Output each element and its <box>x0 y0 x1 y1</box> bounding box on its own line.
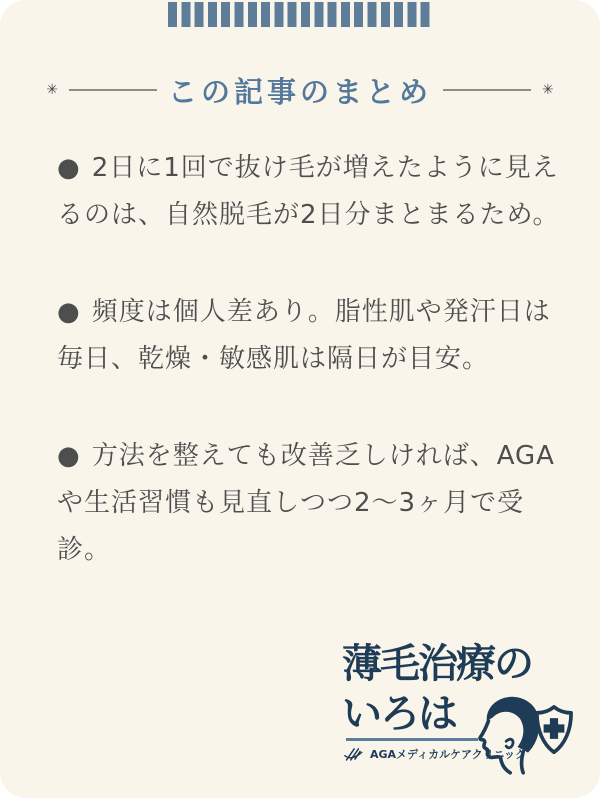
title-divider-left <box>69 89 157 91</box>
summary-item-text: 2日に1回で抜け毛が増えたように見え るのは、自然脱毛が2日分まとまるため。 <box>57 153 560 230</box>
summary-item-text: 頻度は個人差あり。脂性肌や発汗日は 毎日、乾燥・敏感肌は隔日が目安。 <box>57 297 551 374</box>
card-title: この記事のまとめ <box>168 70 432 111</box>
clinic-name: AGAメディカルケアクリニック <box>370 746 526 762</box>
summary-item-1: ●2日に1回で抜け毛が増えたように見え るのは、自然脱毛が2日分まとまるため。 <box>57 145 562 239</box>
card-header: ✳ この記事のまとめ ✳ <box>0 72 600 108</box>
clinic-name-row: AGAメディカルケアクリニック <box>344 746 526 762</box>
logo-underline <box>346 738 478 741</box>
bullet-icon: ● <box>57 153 81 183</box>
summary-item-text: 方法を整えても改善乏しければ、AGA や生活習慣も見直しつつ2〜3ヶ月で受 診。 <box>57 441 555 565</box>
title-divider-right <box>443 89 531 91</box>
bullet-icon: ● <box>57 441 81 471</box>
shield-cross-icon <box>530 704 578 756</box>
summary-card: ✳ この記事のまとめ ✳ ●2日に1回で抜け毛が増えたように見え るのは、自然脱… <box>0 0 600 798</box>
asterisk-icon-right: ✳ <box>542 83 554 97</box>
logo-title-line1: 薄毛治療の <box>342 642 580 686</box>
asterisk-icon-left: ✳ <box>46 83 58 97</box>
summary-item-2: ●頻度は個人差あり。脂性肌や発汗日は 毎日、乾燥・敏感肌は隔日が目安。 <box>57 289 562 383</box>
summary-item-3: ●方法を整えても改善乏しければ、AGA や生活習慣も見直しつつ2〜3ヶ月で受 診… <box>57 433 562 574</box>
brand-logo: 薄毛治療の いろは AGAメディカルケアクリニック <box>342 642 580 776</box>
top-stripes-decoration <box>168 2 434 27</box>
summary-list: ●2日に1回で抜け毛が増えたように見え るのは、自然脱毛が2日分まとまるため。 … <box>57 145 562 624</box>
clinic-logo-mark <box>344 746 366 762</box>
bullet-icon: ● <box>57 297 81 327</box>
